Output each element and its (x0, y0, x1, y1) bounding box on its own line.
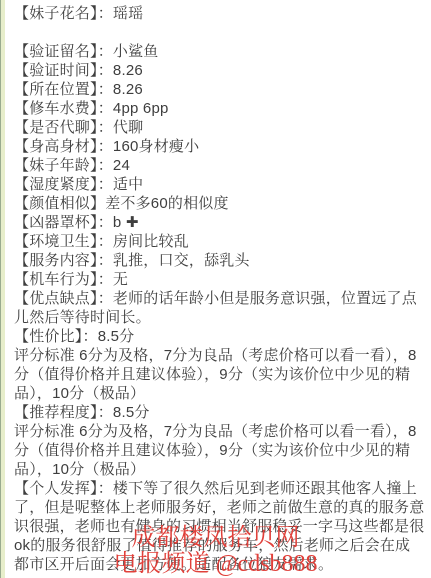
field-pros-cons: 【优点缺点】：老师的话年龄小但是服务意识强，位置远了点儿然后等待时间长。 (14, 289, 425, 327)
field-separator: ： (98, 252, 113, 269)
field-value: 无 (113, 271, 128, 288)
watermark: 成都楼凤拾贝网 电报频道 @cdsb888 (0, 525, 431, 577)
field-separator: ： (98, 81, 113, 98)
field-separator: ： (98, 480, 113, 497)
field-height-figure: 【身高身材】：160身材瘦小 (14, 137, 425, 156)
field-separator: ： (98, 100, 113, 117)
field-label: 【个人发挥】 (14, 480, 98, 497)
field-label: 【湿度紧度】 (14, 176, 98, 193)
field-value: 瑶瑶 (113, 5, 143, 22)
field-girl-name: 【妹子花名】：瑶瑶 (14, 4, 425, 23)
field-hygiene: 【环境卫生】：房间比较乱 (14, 232, 425, 251)
field-looks-similarity: 【颜值相似】差不多60的相似度 (14, 194, 425, 213)
field-separator: ： (98, 176, 113, 193)
rating-scale-note: 评分标准 6分为及格，7分为良品（考虑价格可以看一看），8分（值得价格并且建议体… (14, 346, 425, 403)
field-separator: ： (98, 214, 113, 231)
field-value: b ✚ (113, 214, 139, 231)
field-label: 【凶器罩杯】 (14, 214, 98, 231)
field-separator: ： (98, 5, 113, 22)
field-tightness: 【湿度紧度】：适中 (14, 175, 425, 194)
field-cup-size: 【凶器罩杯】：b ✚ (14, 213, 425, 232)
field-separator: ： (98, 233, 113, 250)
watermark-telegram-channel: 电报频道 @cdsb888 (0, 551, 431, 577)
field-value: 代聊 (113, 119, 143, 136)
field-value: 房间比较乱 (113, 233, 189, 250)
field-label: 【妹子年龄】 (14, 157, 98, 174)
field-value: 8.26 (113, 81, 143, 98)
field-value-rating: 【性价比】：8.5分 (14, 327, 425, 346)
field-label: 【服务内容】 (14, 252, 98, 269)
field-separator: ： (98, 271, 113, 288)
field-value: 160身材瘦小 (113, 138, 199, 155)
field-value: 乳推，口交，舔乳头 (113, 252, 250, 269)
field-separator: ： (83, 328, 98, 345)
field-separator: ： (98, 62, 113, 79)
field-separator: ： (98, 138, 113, 155)
review-post-body: 【妹子花名】：瑶瑶 【验证留名】：小鲨鱼 【验证时间】：8.26 【所在位置】：… (5, 4, 425, 574)
field-price: 【修车水费】：4pp 6pp (14, 99, 425, 118)
field-label: 【颜值相似】 (14, 195, 105, 212)
field-label: 【环境卫生】 (14, 233, 98, 250)
field-label: 【妹子花名】 (14, 5, 98, 22)
field-label: 【身高身材】 (14, 138, 98, 155)
field-label: 【所在位置】 (14, 81, 98, 98)
field-value: 适中 (113, 176, 143, 193)
field-value: 8.5分 (98, 328, 135, 345)
field-separator: ： (98, 290, 113, 307)
field-label: 【验证时间】 (14, 62, 98, 79)
field-value: 24 (113, 157, 130, 174)
rating-scale-note: 评分标准 6分为及格，7分为良品（考虑价格可以看一看），8分（值得价格并且建议体… (14, 422, 425, 479)
field-recommend-rating: 【推荐程度】：8.5分 (14, 403, 425, 422)
field-separator: ： (98, 404, 113, 421)
field-label: 【是否代聊】 (14, 119, 98, 136)
field-verify-name: 【验证留名】：小鲨鱼 (14, 42, 425, 61)
field-location: 【所在位置】：8.26 (14, 80, 425, 99)
field-age: 【妹子年龄】：24 (14, 156, 425, 175)
field-label: 【机车行为】 (14, 271, 98, 288)
field-value: 4pp 6pp (113, 100, 169, 117)
field-chat-proxy: 【是否代聊】：代聊 (14, 118, 425, 137)
field-separator: ： (98, 119, 113, 136)
blank-line (14, 23, 425, 42)
field-bad-behavior: 【机车行为】：无 (14, 270, 425, 289)
field-separator: ： (98, 43, 113, 60)
field-value: 8.26 (113, 62, 143, 79)
field-verify-time: 【验证时间】：8.26 (14, 61, 425, 80)
field-label: 【验证留名】 (14, 43, 98, 60)
field-services: 【服务内容】：乳推，口交，舔乳头 (14, 251, 425, 270)
field-value: 差不多60的相似度 (105, 195, 229, 212)
field-separator: ： (98, 157, 113, 174)
field-label: 【修车水费】 (14, 100, 98, 117)
field-value: 8.5分 (113, 404, 150, 421)
field-label: 【性价比】 (14, 328, 83, 345)
field-label: 【推荐程度】 (14, 404, 98, 421)
field-label: 【优点缺点】 (14, 290, 98, 307)
watermark-site-name: 成都楼凤拾贝网 (0, 525, 431, 551)
field-value: 小鲨鱼 (113, 43, 159, 60)
